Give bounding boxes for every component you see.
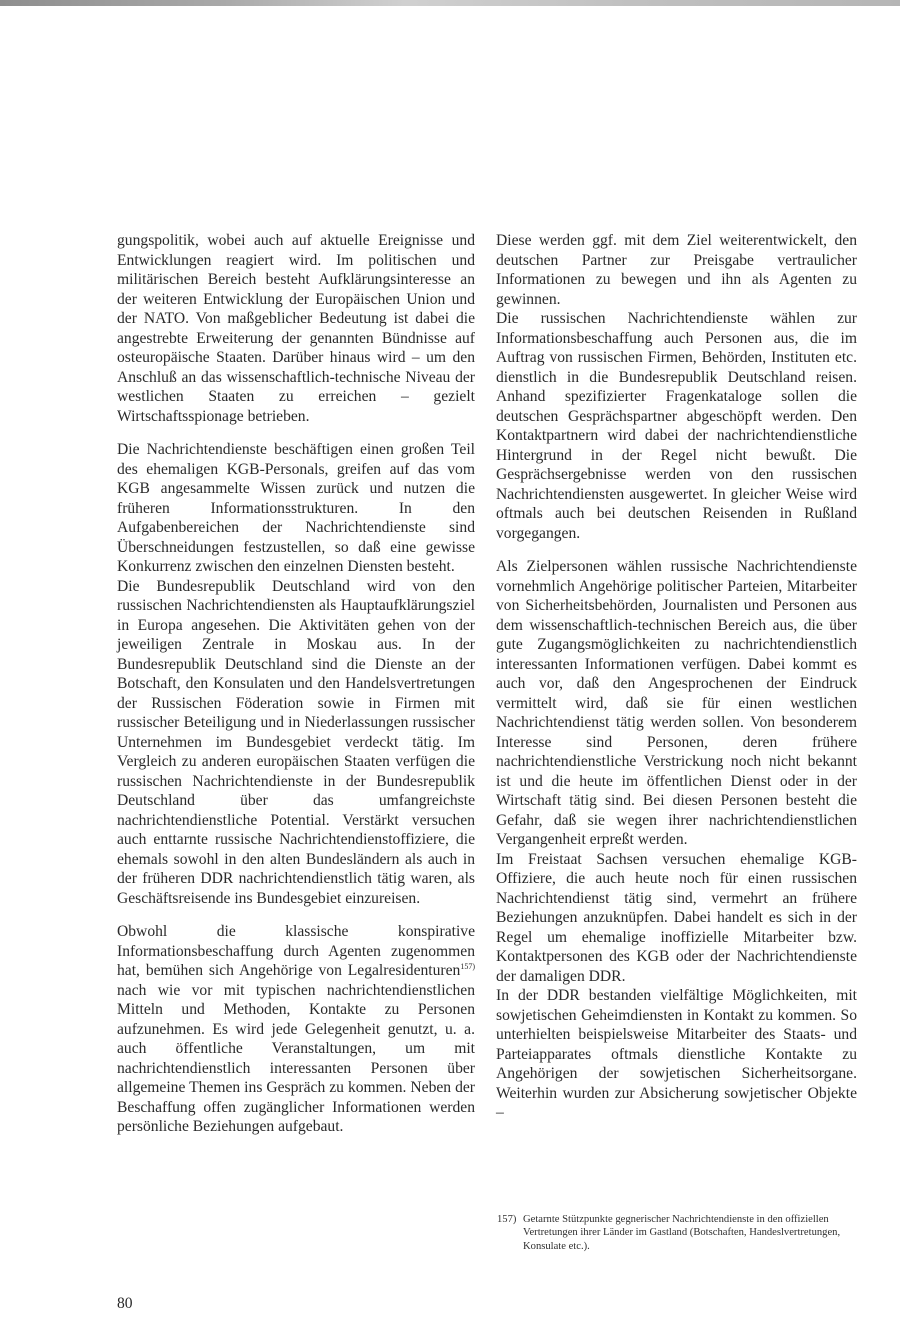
- footnote-number: 157): [497, 1213, 523, 1253]
- paragraph: Die Bundesrepublik Deutschland wird von …: [117, 577, 475, 909]
- paragraph: Diese werden ggf. mit dem Ziel weiterent…: [496, 231, 857, 309]
- paragraph-text-before-ref: Obwohl die klassische konspirative Infor…: [117, 923, 475, 979]
- paragraph: Im Freistaat Sachsen versuchen ehemalige…: [496, 850, 857, 987]
- paragraph-with-footnote-ref: Obwohl die klassische konspirative Infor…: [117, 922, 475, 1137]
- paragraph: Die russischen Nachrichtendienste wählen…: [496, 309, 857, 543]
- paragraph-text-after-ref: nach wie vor mit typischen nachrichtendi…: [117, 982, 475, 1136]
- left-text-column: gungspolitik, wobei auch auf aktuelle Er…: [117, 231, 475, 1137]
- page-number: 80: [117, 1295, 133, 1313]
- paragraph: Die Nachrichtendienste beschäftigen eine…: [117, 440, 475, 577]
- footnote: 157) Getarnte Stützpunkte gegnerischer N…: [497, 1213, 857, 1253]
- scan-top-edge-shadow: [0, 0, 900, 6]
- paragraph: gungspolitik, wobei auch auf aktuelle Er…: [117, 231, 475, 426]
- paragraph: Als Zielpersonen wählen russische Nachri…: [496, 557, 857, 850]
- footnote-text: Getarnte Stützpunkte gegnerischer Nachri…: [523, 1213, 857, 1253]
- right-text-column: Diese werden ggf. mit dem Ziel weiterent…: [496, 231, 857, 1123]
- paragraph: In der DDR bestanden vielfältige Möglich…: [496, 986, 857, 1123]
- footnote-reference[interactable]: 157): [460, 962, 475, 971]
